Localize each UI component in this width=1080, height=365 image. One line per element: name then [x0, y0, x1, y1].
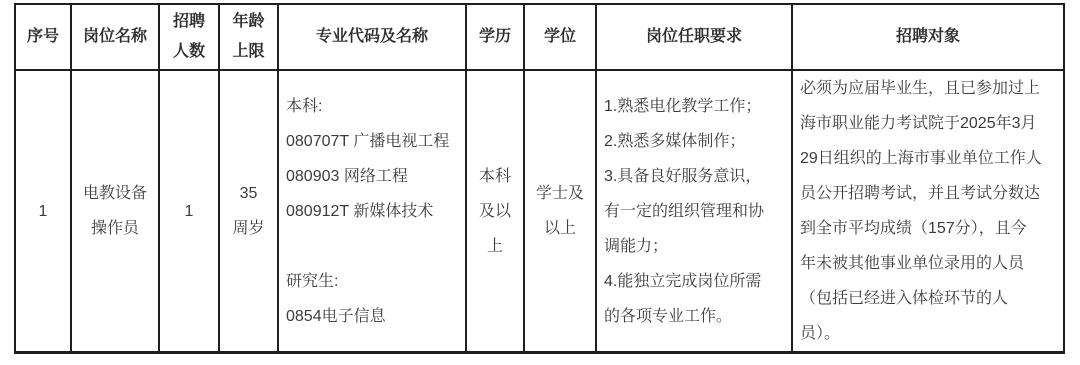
cell-seq: 1 [15, 70, 71, 353]
header-seq: 序号 [15, 4, 71, 70]
header-major-codes: 专业代码及名称 [278, 4, 466, 70]
table-row: 1 电教设备 操作员 1 35 周岁 本科: 080707T 广播电视工程 08… [15, 70, 1064, 353]
header-degree: 学位 [524, 4, 596, 70]
header-target: 招聘对象 [792, 4, 1064, 70]
cell-position-name: 电教设备 操作员 [71, 70, 159, 353]
cell-education: 本科 及以 上 [466, 70, 524, 353]
header-position-name: 岗位名称 [71, 4, 159, 70]
header-age-limit: 年龄 上限 [219, 4, 278, 70]
header-row: 序号 岗位名称 招聘 人数 年龄 上限 专业代码及名称 学历 学位 岗位任职要求… [15, 4, 1064, 70]
header-headcount: 招聘 人数 [159, 4, 219, 70]
header-education: 学历 [466, 4, 524, 70]
cell-headcount: 1 [159, 70, 219, 353]
header-requirements: 岗位任职要求 [596, 4, 792, 70]
cell-degree: 学士及 以上 [524, 70, 596, 353]
cell-target: 必须为应届毕业生，且已参加过上 海市职业能力考试院于2025年3月 29日组织的… [792, 70, 1064, 353]
cell-age-limit: 35 周岁 [219, 70, 278, 353]
recruitment-table: 序号 岗位名称 招聘 人数 年龄 上限 专业代码及名称 学历 学位 岗位任职要求… [14, 3, 1065, 354]
cell-major-codes: 本科: 080707T 广播电视工程 080903 网络工程 080912T 新… [278, 70, 466, 353]
page: 序号 岗位名称 招聘 人数 年龄 上限 专业代码及名称 学历 学位 岗位任职要求… [0, 0, 1080, 354]
cell-requirements: 1.熟悉电化教学工作； 2.熟悉多媒体制作； 3.具备良好服务意识， 有一定的组… [596, 70, 792, 353]
